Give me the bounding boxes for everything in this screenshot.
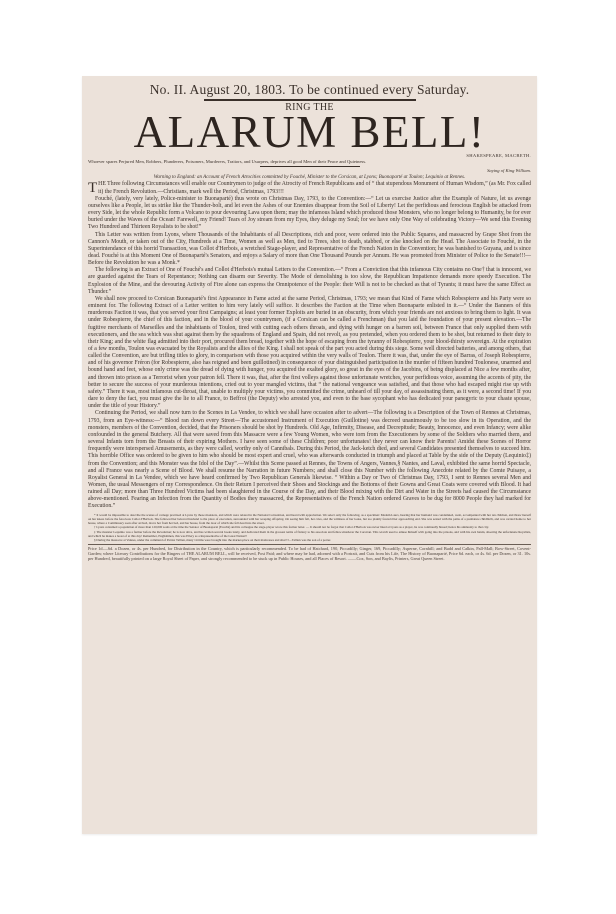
paragraph: Continuing the Period, we shall now turn…	[88, 410, 531, 510]
paragraph: THE Three following Circumstances will e…	[88, 181, 531, 195]
broadside-sheet: No. II. August 20, 1803. To be continued…	[82, 76, 537, 834]
motto: Whoever spares Perjured Men, Robbers, Pl…	[88, 159, 531, 164]
imprint: Price 1d.—6d. a Dozen, or 4s. per Hundre…	[88, 544, 531, 562]
footnote: * It would be impossible to describe the…	[88, 513, 531, 526]
page-title: ALARUM BELL!	[88, 112, 531, 152]
footnote: § During the massacre at Vannes, under t…	[88, 538, 531, 542]
paragraph: We shall now proceed to Corsican Buonapa…	[88, 296, 531, 411]
saying-attribution: Saying of King William.	[88, 168, 531, 173]
article-body: THE Three following Circumstances will e…	[88, 181, 531, 510]
paragraph: This Letter was written from Lyons, wher…	[88, 232, 531, 268]
imprint-text: Price 1d.—6d. a Dozen, or 4s. per Hundre…	[88, 546, 531, 562]
motto-rule	[260, 166, 360, 167]
masthead-rule	[204, 99, 416, 101]
drop-cap: T	[88, 182, 97, 194]
footnote: ‡ The monster Lequinio was a farmer befo…	[88, 530, 531, 539]
issue-line: No. II. August 20, 1803. To be continued…	[88, 82, 531, 98]
footnotes: * It would be impossible to describe the…	[88, 513, 531, 543]
paragraph: The following is an Extract of One of Fo…	[88, 267, 531, 296]
paragraph: Fouché, (lately, very lately, Police-min…	[88, 196, 531, 232]
